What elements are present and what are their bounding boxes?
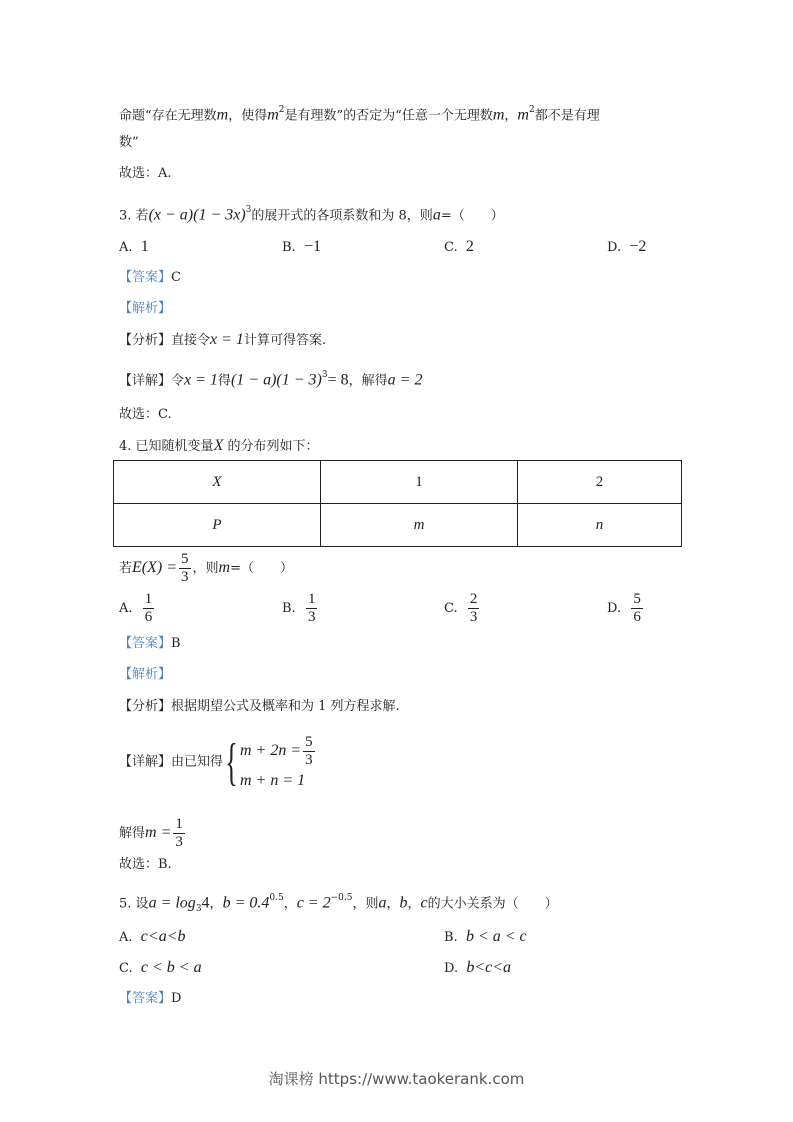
math-var: a xyxy=(433,206,441,223)
q3-option-c: C. 2 xyxy=(444,237,474,258)
brace-icon: { xyxy=(225,737,237,789)
table-cell: X xyxy=(114,461,321,504)
q4-option-c: C. 23 xyxy=(444,590,481,628)
prev-line-1: 命题“存在无理数m，使得m2是有理数”的否定为“任意一个无理数m，m2都不是有理 xyxy=(119,102,600,126)
text: 命题“存在无理数 xyxy=(119,108,217,123)
text: 的展开式的各项系数和为 8，则 xyxy=(251,208,432,223)
q3-xiangjie: 【详解】令x = 1得(1 − a)(1 − 3)3= 8，解得a = 2 xyxy=(119,367,422,391)
distribution-table: X 1 2 P m n xyxy=(113,460,682,547)
q4-analysis-tag: 【解析】 xyxy=(119,665,171,685)
q4-answer: 【答案】B xyxy=(119,634,181,654)
prev-conclusion: 故选：A. xyxy=(119,164,172,184)
math-expr: (x − a)(1 − 3x) xyxy=(149,206,246,223)
q4-option-a: A. 16 xyxy=(119,590,156,628)
table-cell: 1 xyxy=(321,461,518,504)
q3-option-a: A. 1 xyxy=(119,237,149,258)
table-row: X 1 2 xyxy=(114,461,682,504)
table-cell: m xyxy=(321,504,518,547)
table-row: P m n xyxy=(114,504,682,547)
math-m: m xyxy=(267,106,279,123)
q4-condition: 若E(X) =53，则m=（ ） xyxy=(119,549,293,588)
text: 都不是有理 xyxy=(535,108,600,123)
q4-xiangjie: 【详解】由已知得{ m + 2n =53 m + n = 1 xyxy=(119,733,317,792)
q4-option-b: B. 13 xyxy=(282,590,319,628)
prev-line-2: 数” xyxy=(119,133,139,153)
q5-option-d: D. b<c<a xyxy=(444,958,511,979)
q3-stem: 3. 若(x − a)(1 − 3x)3的展开式的各项系数和为 8，则a=（ ） xyxy=(119,202,504,226)
answer-value: C xyxy=(171,270,181,285)
q4-stem: 4. 已知随机变量X 的分布列如下： xyxy=(119,436,319,457)
text: ，使得 xyxy=(228,108,267,123)
q4-fenxi: 【分析】根据期望公式及概率和为 1 列方程求解. xyxy=(119,697,400,717)
question-number: 3. xyxy=(119,208,131,223)
table-cell: n xyxy=(518,504,682,547)
math-m: m xyxy=(517,106,529,123)
answer-tag: 【答案】 xyxy=(119,270,171,285)
q3-option-b: B. −1 xyxy=(282,237,321,258)
q3-option-d: D. −2 xyxy=(607,237,646,258)
q5-option-a: A. c<a<b xyxy=(119,927,186,948)
footer-watermark: 淘课榜 https://www.taokerank.com xyxy=(0,1068,793,1089)
q5-answer: 【答案】D xyxy=(119,989,181,1009)
q3-analysis-tag: 【解析】 xyxy=(119,299,171,319)
math-m: m xyxy=(493,106,505,123)
math-m: m xyxy=(217,106,229,123)
text: 若 xyxy=(136,208,149,223)
text: ， xyxy=(504,108,517,123)
q3-answer: 【答案】C xyxy=(119,268,181,288)
q3-fenxi: 【分析】直接令x = 1计算可得答案. xyxy=(119,330,326,351)
exponent: 3 xyxy=(246,205,252,215)
q5-option-b: B. b < a < c xyxy=(444,927,527,948)
text: 是有理数”的否定为“任意一个无理数 xyxy=(285,108,493,123)
q4-solve: 解得m =13 xyxy=(119,814,187,853)
table-cell: P xyxy=(114,504,321,547)
q4-option-d: D. 56 xyxy=(607,590,645,628)
q5-stem: 5. 设a = log34，b = 0.40.5，c = 2−0.5，则a，b，… xyxy=(119,890,558,919)
table-cell: 2 xyxy=(518,461,682,504)
q5-option-c: C. c < b < a xyxy=(119,958,202,979)
equation-system: m + 2n =53 m + n = 1 xyxy=(240,733,317,792)
text: =（ ） xyxy=(441,208,504,223)
q4-conclusion: 故选：B. xyxy=(119,855,172,875)
q3-conclusion: 故选：C. xyxy=(119,405,172,425)
